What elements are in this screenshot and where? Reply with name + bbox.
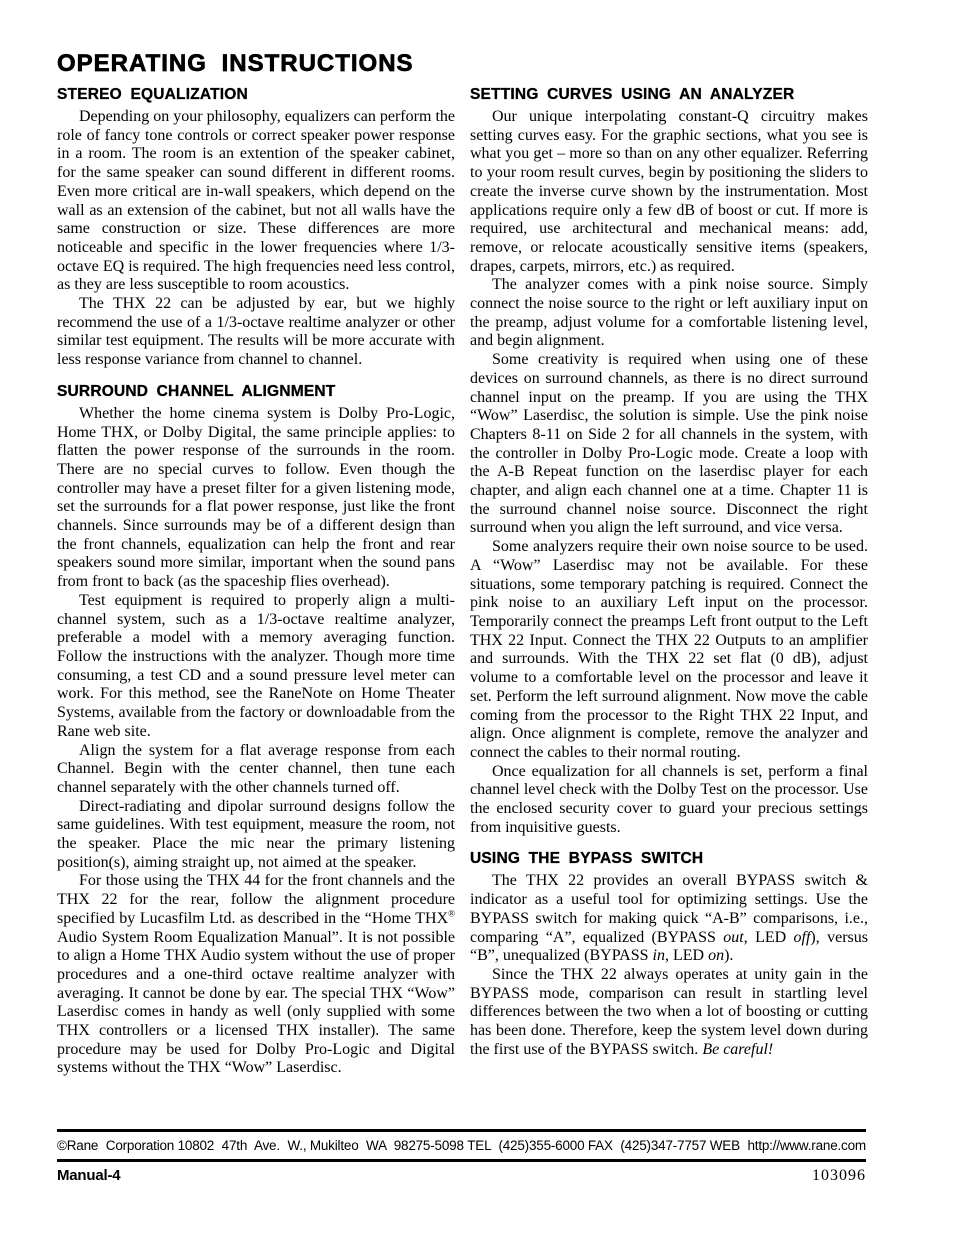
footer-fax: FAX (425)347-7757 <box>588 1138 706 1153</box>
document-number: 103096 <box>812 1167 866 1185</box>
footer-tel: TEL (425)355-6000 <box>467 1138 584 1153</box>
text-run: Audio System Room Equalization Manual”. … <box>57 929 455 1077</box>
manual-page: OPERATING INSTRUCTIONS STEREO EQUALIZATI… <box>0 0 954 1235</box>
right-column: SETTING CURVES USING AN ANALYZER Our uni… <box>470 84 868 1078</box>
heading-using-bypass-switch: USING THE BYPASS SWITCH <box>470 850 868 868</box>
left-column: STEREO EQUALIZATION Depending on your ph… <box>57 84 455 1078</box>
heading-stereo-equalization: STEREO EQUALIZATION <box>57 86 455 104</box>
paragraph: Whether the home cinema system is Dolby … <box>57 405 455 592</box>
text-run: ). <box>724 947 733 964</box>
paragraph: Some analyzers require their own noise s… <box>470 538 868 762</box>
italic-warning: Be careful! <box>702 1041 773 1058</box>
paragraph: Some creativity is required when using o… <box>470 351 868 538</box>
paragraph: Our unique interpolating constant-Q circ… <box>470 108 868 276</box>
footer: ©Rane Corporation 10802 47th Ave. W., Mu… <box>57 1129 866 1185</box>
footer-copyright: ©Rane Corporation <box>57 1138 174 1153</box>
footer-bottom-row: Manual-4 103096 <box>57 1162 866 1185</box>
two-column-layout: STEREO EQUALIZATION Depending on your ph… <box>57 84 868 1078</box>
paragraph: Align the system for a flat average resp… <box>57 742 455 798</box>
text-run: , LED <box>744 929 794 946</box>
manual-page-number: Manual-4 <box>57 1167 120 1184</box>
footer-city: Mukilteo WA 98275-5098 <box>310 1138 464 1153</box>
paragraph: The THX 22 provides an overall BYPASS sw… <box>470 872 868 966</box>
text-run: , LED <box>665 947 708 964</box>
paragraph: Since the THX 22 always operates at unit… <box>470 966 868 1060</box>
italic-term-out: out <box>723 929 743 946</box>
footer-address: 10802 47th Ave. W., <box>178 1138 307 1153</box>
paragraph: The THX 22 can be adjusted by ear, but w… <box>57 295 455 370</box>
italic-term-on: on <box>708 947 724 964</box>
text-run: For those using the THX 44 for the front… <box>57 872 455 926</box>
paragraph: Direct-radiating and dipolar surround de… <box>57 798 455 873</box>
paragraph: The analyzer comes with a pink noise sou… <box>470 276 868 351</box>
italic-term-in: in <box>653 947 665 964</box>
footer-web: WEB http://www.rane.com <box>710 1138 866 1153</box>
paragraph: Depending on your philosophy, equalizers… <box>57 108 455 295</box>
paragraph: Once equalization for all channels is se… <box>470 763 868 838</box>
italic-term-off: off <box>794 929 811 946</box>
heading-surround-channel-alignment: SURROUND CHANNEL ALIGNMENT <box>57 383 455 401</box>
heading-setting-curves: SETTING CURVES USING AN ANALYZER <box>470 86 868 104</box>
footer-contact-line: ©Rane Corporation 10802 47th Ave. W., Mu… <box>57 1132 866 1159</box>
paragraph: Test equipment is required to properly a… <box>57 592 455 742</box>
paragraph: For those using the THX 44 for the front… <box>57 872 455 1078</box>
text-run: Since the THX 22 always operates at unit… <box>470 966 868 1058</box>
registered-trademark-symbol: ® <box>448 909 455 919</box>
page-title: OPERATING INSTRUCTIONS <box>57 50 954 78</box>
